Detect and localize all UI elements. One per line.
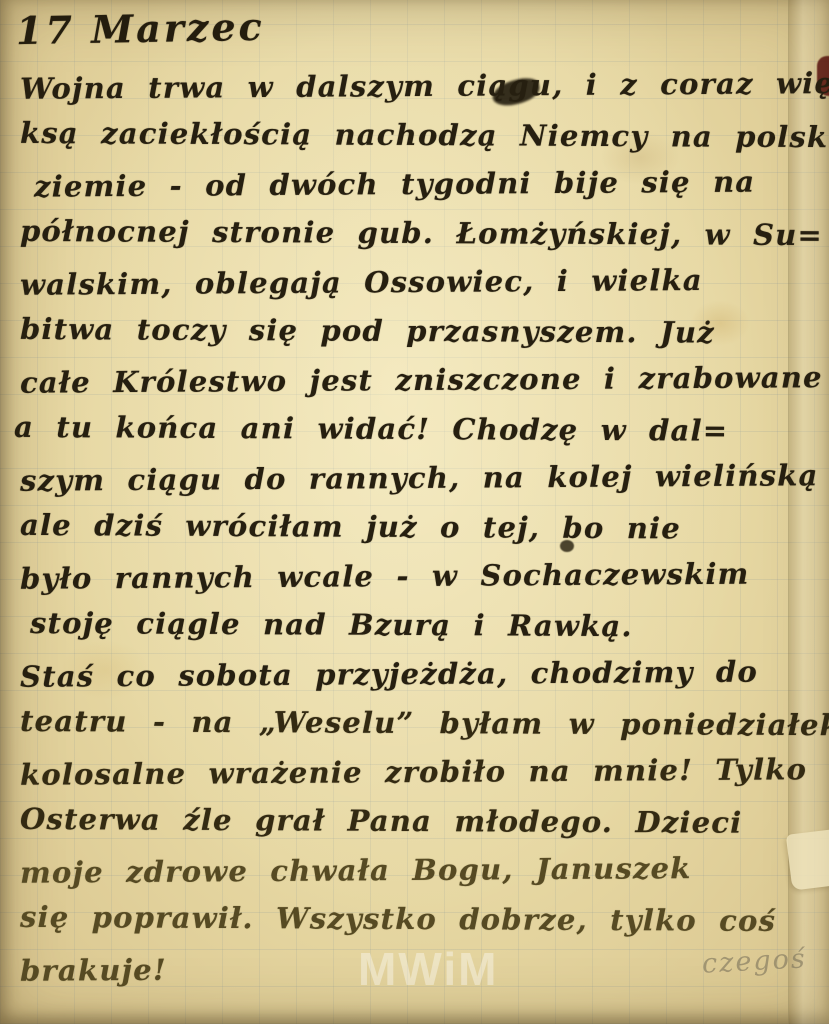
text-line: się poprawił. Wszystko dobrze, tylko coś <box>0 893 829 946</box>
text-line: ksą zaciekłością nachodzą Niemcy na pols… <box>0 109 829 162</box>
text-line: Osterwa źle grał Pana młodego. Dzieci <box>0 795 829 848</box>
diary-page: 17 Marzec Wojna trwa w dalszym ciągu, i … <box>0 0 829 1024</box>
handwritten-text-block: Wojna trwa w dalszym ciągu, i z coraz wi… <box>0 62 829 993</box>
pencil-annotation: czegoś <box>701 943 807 979</box>
museum-watermark: MWiM <box>358 942 498 996</box>
text-line: północnej stronie gub. Łomżyńskiej, w Su… <box>0 207 829 260</box>
text-line: szym ciągu do rannych, na kolej wielińsk… <box>0 451 829 506</box>
text-line: stoję ciągle nad Bzurą i Rawką. <box>0 599 829 652</box>
text-line: ale dziś wróciłam już o tej, bo nie <box>0 501 829 554</box>
text-line: Wojna trwa w dalszym ciągu, i z coraz wi… <box>0 59 829 114</box>
text-line: bitwa toczy się pod przasnyszem. Już <box>0 305 829 358</box>
text-line: Staś co sobota przyjeżdża, chodzimy do <box>0 647 829 702</box>
text-line: całe Królestwo jest zniszczone i zrabowa… <box>0 353 829 408</box>
date-heading: 17 Marzec <box>16 4 265 53</box>
text-line: teatru - na „Weselu” byłam w poniedziałe… <box>0 697 829 750</box>
text-line: moje zdrowe chwała Bogu, Januszek <box>0 843 829 898</box>
text-line: ziemie - od dwóch tygodni bije się na <box>0 157 829 212</box>
text-line: a tu końca ani widać! Chodzę w dal= <box>0 403 829 456</box>
text-line: było rannych wcale - w Sochaczewskim <box>0 549 829 604</box>
text-line: walskim, oblegają Ossowiec, i wielka <box>0 255 829 310</box>
text-line: kolosalne wrażenie zrobiło na mnie! Tylk… <box>0 745 829 800</box>
